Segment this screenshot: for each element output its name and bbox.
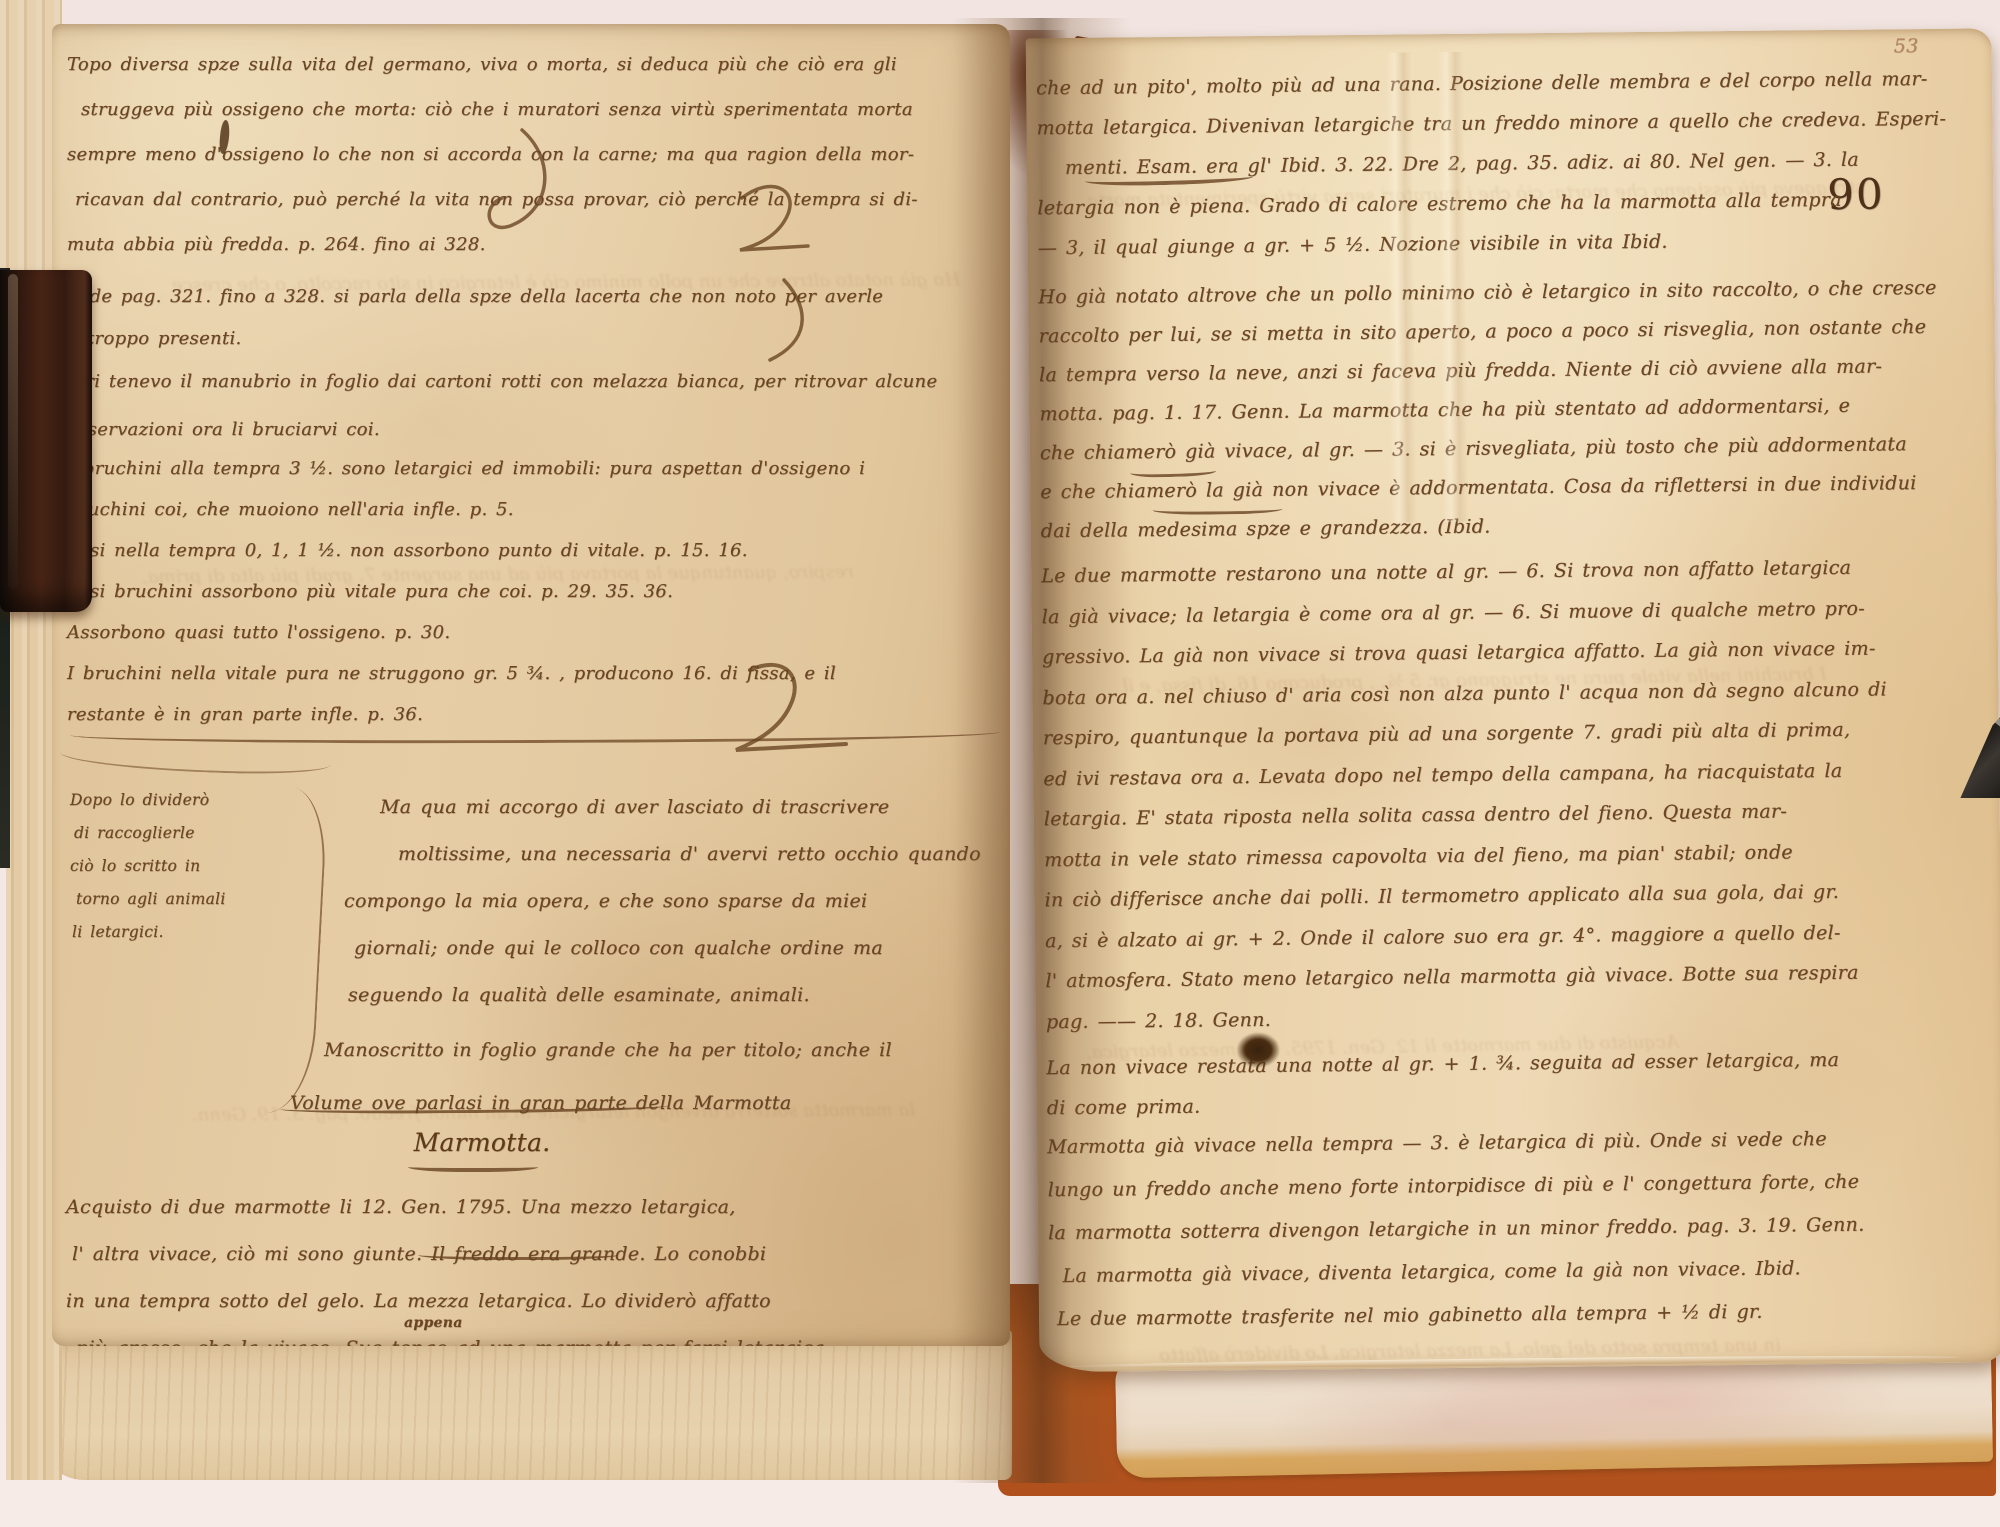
paragraph-posizione: che ad un pito', molto più ad una rana. …	[1036, 59, 1948, 269]
handwritten-line: La non vivace restata una notte al gr. +…	[1046, 1040, 1839, 1088]
handwritten-line: Topo diversa spze sulla vita del germano…	[67, 42, 918, 87]
handwritten-line: Le due marmotte trasferite nel mio gabin…	[1057, 1290, 1866, 1341]
underline-mark	[408, 1162, 538, 1172]
handwritten-line: pag. —— 2. 18. Genn.	[1046, 993, 1891, 1042]
handwritten-line: Ma qua mi accorgo di aver lasciato di tr…	[380, 784, 981, 831]
flourish-mark	[740, 276, 830, 366]
page-crease	[1386, 52, 1417, 522]
leather-clasp-strap	[0, 270, 92, 612]
paragraph-note: Ieri tenevo il manubrio in foglio dai ca…	[67, 358, 937, 454]
margin-box-line	[60, 747, 331, 776]
handwritten-line: Acquisto di due marmotte li 12. Gen. 179…	[66, 1184, 825, 1231]
handwritten-line: I bruchini alla tempra 3 ½. sono letargi…	[67, 448, 865, 489]
paragraph-journal-intro: Ma qua mi accorgo di aver lasciato di tr…	[344, 784, 981, 1019]
handwritten-line: bruchini coi, che muoiono nell'aria infl…	[67, 489, 865, 530]
handwritten-line: Essi bruchini assorbono più vitale pura …	[67, 571, 865, 612]
section-heading: Marmotta.	[312, 1128, 652, 1157]
left-page: Ho già notato altrove che un pollo minim…	[52, 24, 1010, 1346]
margin-note-line: ciò lo scritto in	[70, 850, 226, 883]
heading-marmotta: Marmotta.	[312, 1128, 652, 1157]
page-block-bottom-edges	[40, 1330, 1012, 1480]
margin-note-line: Dopo lo dividerò	[70, 784, 226, 817]
handwritten-line: seguendo la qualità delle esaminate, ani…	[348, 972, 981, 1019]
paragraph-notte-letargica: La non vivace restata una notte al gr. +…	[1046, 1040, 1840, 1128]
handwritten-line: moltissime, una necessaria d' avervi ret…	[398, 831, 981, 878]
handwritten-line: — 3, il qual giunge a gr. + 5 ½. Nozione…	[1038, 219, 1948, 269]
margin-note-line: torno agli animali	[76, 883, 226, 916]
inserted-word: appena	[404, 1315, 463, 1331]
underline-mark	[418, 1250, 618, 1260]
handwritten-line: Manoscritto in foglio grande che ha per …	[324, 1024, 892, 1077]
right-page: struggeva più ossigeno che morta: ciò ch…	[1026, 28, 2000, 1372]
paragraph-manuscript-title: Manoscritto in foglio grande che ha per …	[290, 1024, 892, 1130]
flourish-mark	[470, 124, 570, 244]
paragraph-esperimento-gr6: Le due marmotte restarono una notte al g…	[1041, 547, 1890, 1042]
margin-note-line: li letargici.	[72, 916, 226, 949]
flourish-mark	[720, 654, 860, 758]
corner-folio-number: 53	[1894, 35, 1919, 57]
handwritten-line: Assorbono quasi tutto l'ossigeno. p. 30.	[67, 612, 865, 653]
handwritten-line: giornali; onde qui le colloco con qualch…	[354, 925, 981, 972]
interlinear-insertion: appena	[404, 1312, 463, 1331]
page-crease	[1438, 52, 1469, 522]
handwritten-line: compongo la mia opera, e che sono sparse…	[344, 878, 981, 925]
show-through-text: in una tempra sotto del gelo. La mezza l…	[1159, 1334, 1781, 1366]
handwritten-line: Essi nella tempra 0, 1, 1 ½. non assorbo…	[67, 530, 865, 571]
margin-note-line: di raccoglierle	[74, 817, 226, 850]
flourish-mark	[732, 176, 832, 260]
handwritten-line: osservazioni ora li bruciarvi coi.	[67, 406, 937, 454]
paragraph-conclusioni: Marmotta già vivace nella tempra — 3. è …	[1047, 1118, 1866, 1342]
margin-note: Dopo lo dividerò di raccoglierle ciò lo …	[70, 784, 226, 949]
manuscript-photo: hi go g f Ho già notato altrove che un p…	[0, 0, 2000, 1527]
